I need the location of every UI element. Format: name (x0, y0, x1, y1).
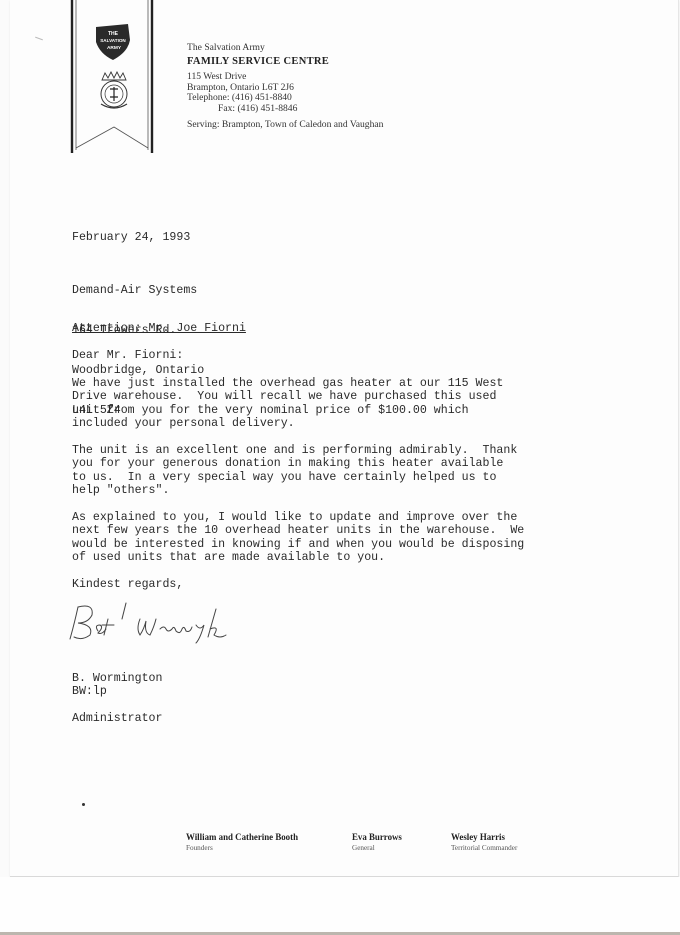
svg-text:THE: THE (108, 31, 119, 37)
recipient-line: Woodbridge, Ontario (72, 364, 204, 377)
footer-role: Territorial Commander (451, 843, 517, 853)
letterhead: The Salvation Army FAMILY SERVICE CENTRE… (187, 43, 383, 131)
svg-text:ARMY: ARMY (107, 45, 122, 51)
letterhead-serving: Serving: Brampton, Town of Caledon and V… (187, 120, 383, 131)
footer-general: Eva Burrows General (352, 832, 402, 853)
letter-date: February 24, 1993 (72, 231, 190, 244)
salvation-army-crest-icon (101, 72, 127, 108)
footer-name: Wesley Harris (451, 832, 517, 842)
letterhead-telephone: Telephone: (416) 451-8840 (187, 93, 383, 104)
closing: Kindest regards, (72, 578, 183, 591)
salvation-army-shield-icon: THE SALVATION ARMY (96, 24, 130, 60)
footer-founders: William and Catherine Booth Founders (186, 832, 298, 853)
letterhead-banner: THE SALVATION ARMY (70, 0, 154, 153)
letterhead-address-line: 115 West Drive (187, 72, 383, 83)
handwritten-signature (64, 595, 264, 645)
signatory-name: B. Wormington (72, 672, 162, 685)
footer-role: Founders (186, 843, 298, 853)
body-paragraph: We have just installed the overhead gas … (72, 377, 503, 431)
signatory-title: Administrator (72, 712, 162, 725)
footer-role: General (352, 843, 402, 853)
speck-mark (82, 803, 85, 806)
scan-background (0, 877, 680, 935)
recipient-line: Demand-Air Systems (72, 284, 204, 297)
salutation: Dear Mr. Fiorni: (72, 349, 183, 362)
letterhead-fax: Fax: (416) 451-8846 (187, 104, 383, 115)
footer-name: Eva Burrows (352, 832, 402, 842)
svg-text:SALVATION: SALVATION (100, 38, 126, 43)
body-paragraph: As explained to you, I would like to upd… (72, 511, 524, 565)
attention-line: Attention: Mr. Joe Fiorni (72, 322, 246, 335)
department-name: FAMILY SERVICE CENTRE (187, 57, 383, 68)
body-paragraph: The unit is an excellent one and is perf… (72, 444, 517, 498)
organization-name: The Salvation Army (187, 43, 383, 54)
footer-territorial-commander: Wesley Harris Territorial Commander (451, 832, 517, 853)
reference-initials: BW:lp (72, 685, 107, 698)
footer-name: William and Catherine Booth (186, 832, 298, 842)
